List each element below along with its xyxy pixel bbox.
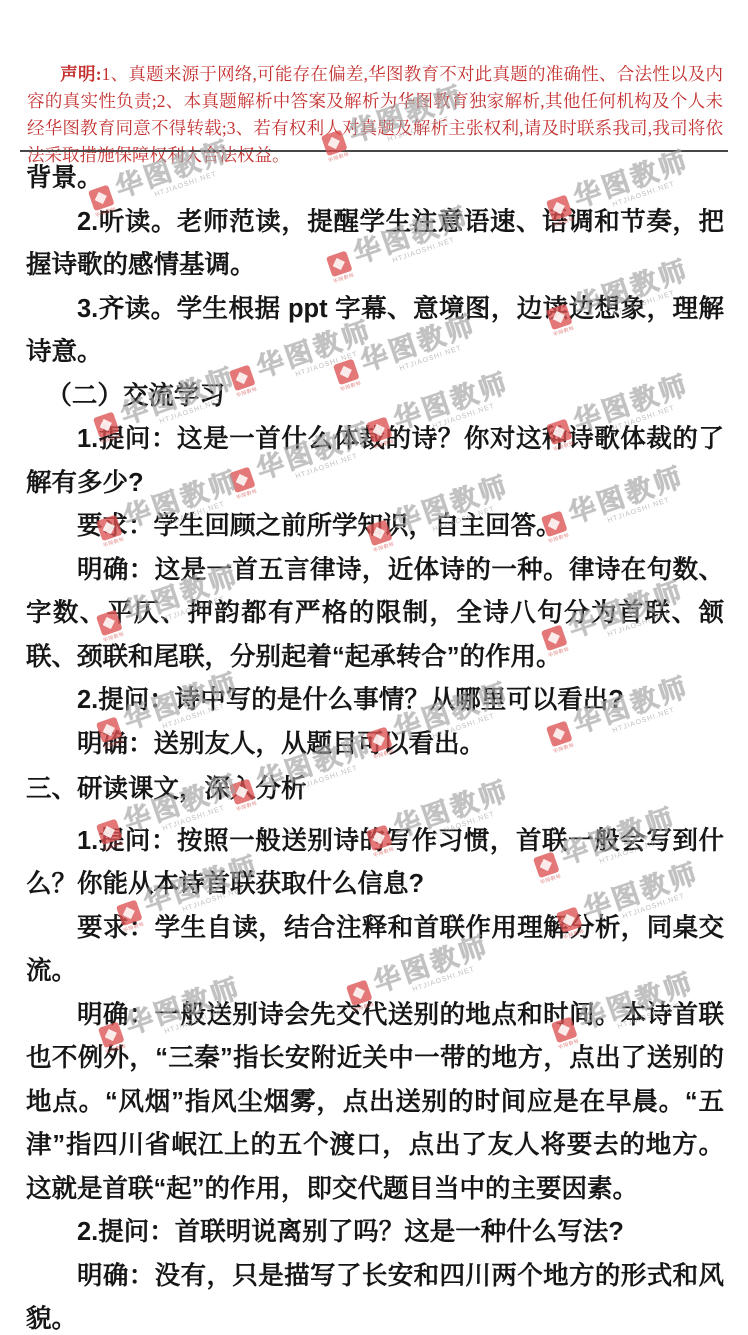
lesson-plan-body: 背景。2.听读。老师范读，提醒学生注意语速、语调和节奏，把握诗歌的感情基调。3.… [26,157,724,1335]
document-page: 声明:1、真题来源于网络,可能存在偏差,华图教育不对此真题的准确性、合法性以及内… [0,0,748,1335]
horizontal-divider [20,150,728,152]
body-paragraph: 2.提问：诗中写的是什么事情？从哪里可以看出? [26,679,724,723]
section-heading: 三、研读课文，深入分析 [26,768,724,812]
body-paragraph: 明确：没有，只是描写了长安和四川两个地方的形式和风貌。 [26,1255,724,1335]
disclaimer-label: 声明: [60,64,101,84]
body-paragraph: 背景。 [26,157,724,201]
body-paragraph: 2.提问：首联明说离别了吗？这是一种什么写法? [26,1211,724,1255]
body-paragraph: 明确：送别友人，从题目可以看出。 [26,723,724,767]
body-paragraph: 1.提问：按照一般送别诗的写作习惯，首联一般会写到什么？你能从本诗首联获取什么信… [26,820,724,907]
body-paragraph: 要求：学生自读，结合注释和首联作用理解分析，同桌交流。 [26,907,724,994]
subsection-title: （二）交流学习 [26,375,724,419]
body-paragraph: 1.提问：这是一首什么体裁的诗？你对这种诗歌体裁的了解有多少? [26,418,724,505]
body-paragraph: 明确：这是一首五言律诗，近体诗的一种。律诗在句数、字数、平仄、押韵都有严格的限制… [26,549,724,680]
body-paragraph: 2.听读。老师范读，提醒学生注意语速、语调和节奏，把握诗歌的感情基调。 [26,201,724,288]
body-paragraph: 3.齐读。学生根据 ppt 字幕、意境图，边读边想象，理解诗意。 [26,288,724,375]
body-paragraph: 明确：一般送别诗会先交代送别的地点和时间。本诗首联也不例外，“三秦”指长安附近关… [26,994,724,1212]
body-paragraph: 要求：学生回顾之前所学知识，自主回答。 [26,505,724,549]
disclaimer-text: 声明:1、真题来源于网络,可能存在偏差,华图教育不对此真题的准确性、合法性以及内… [27,61,723,169]
